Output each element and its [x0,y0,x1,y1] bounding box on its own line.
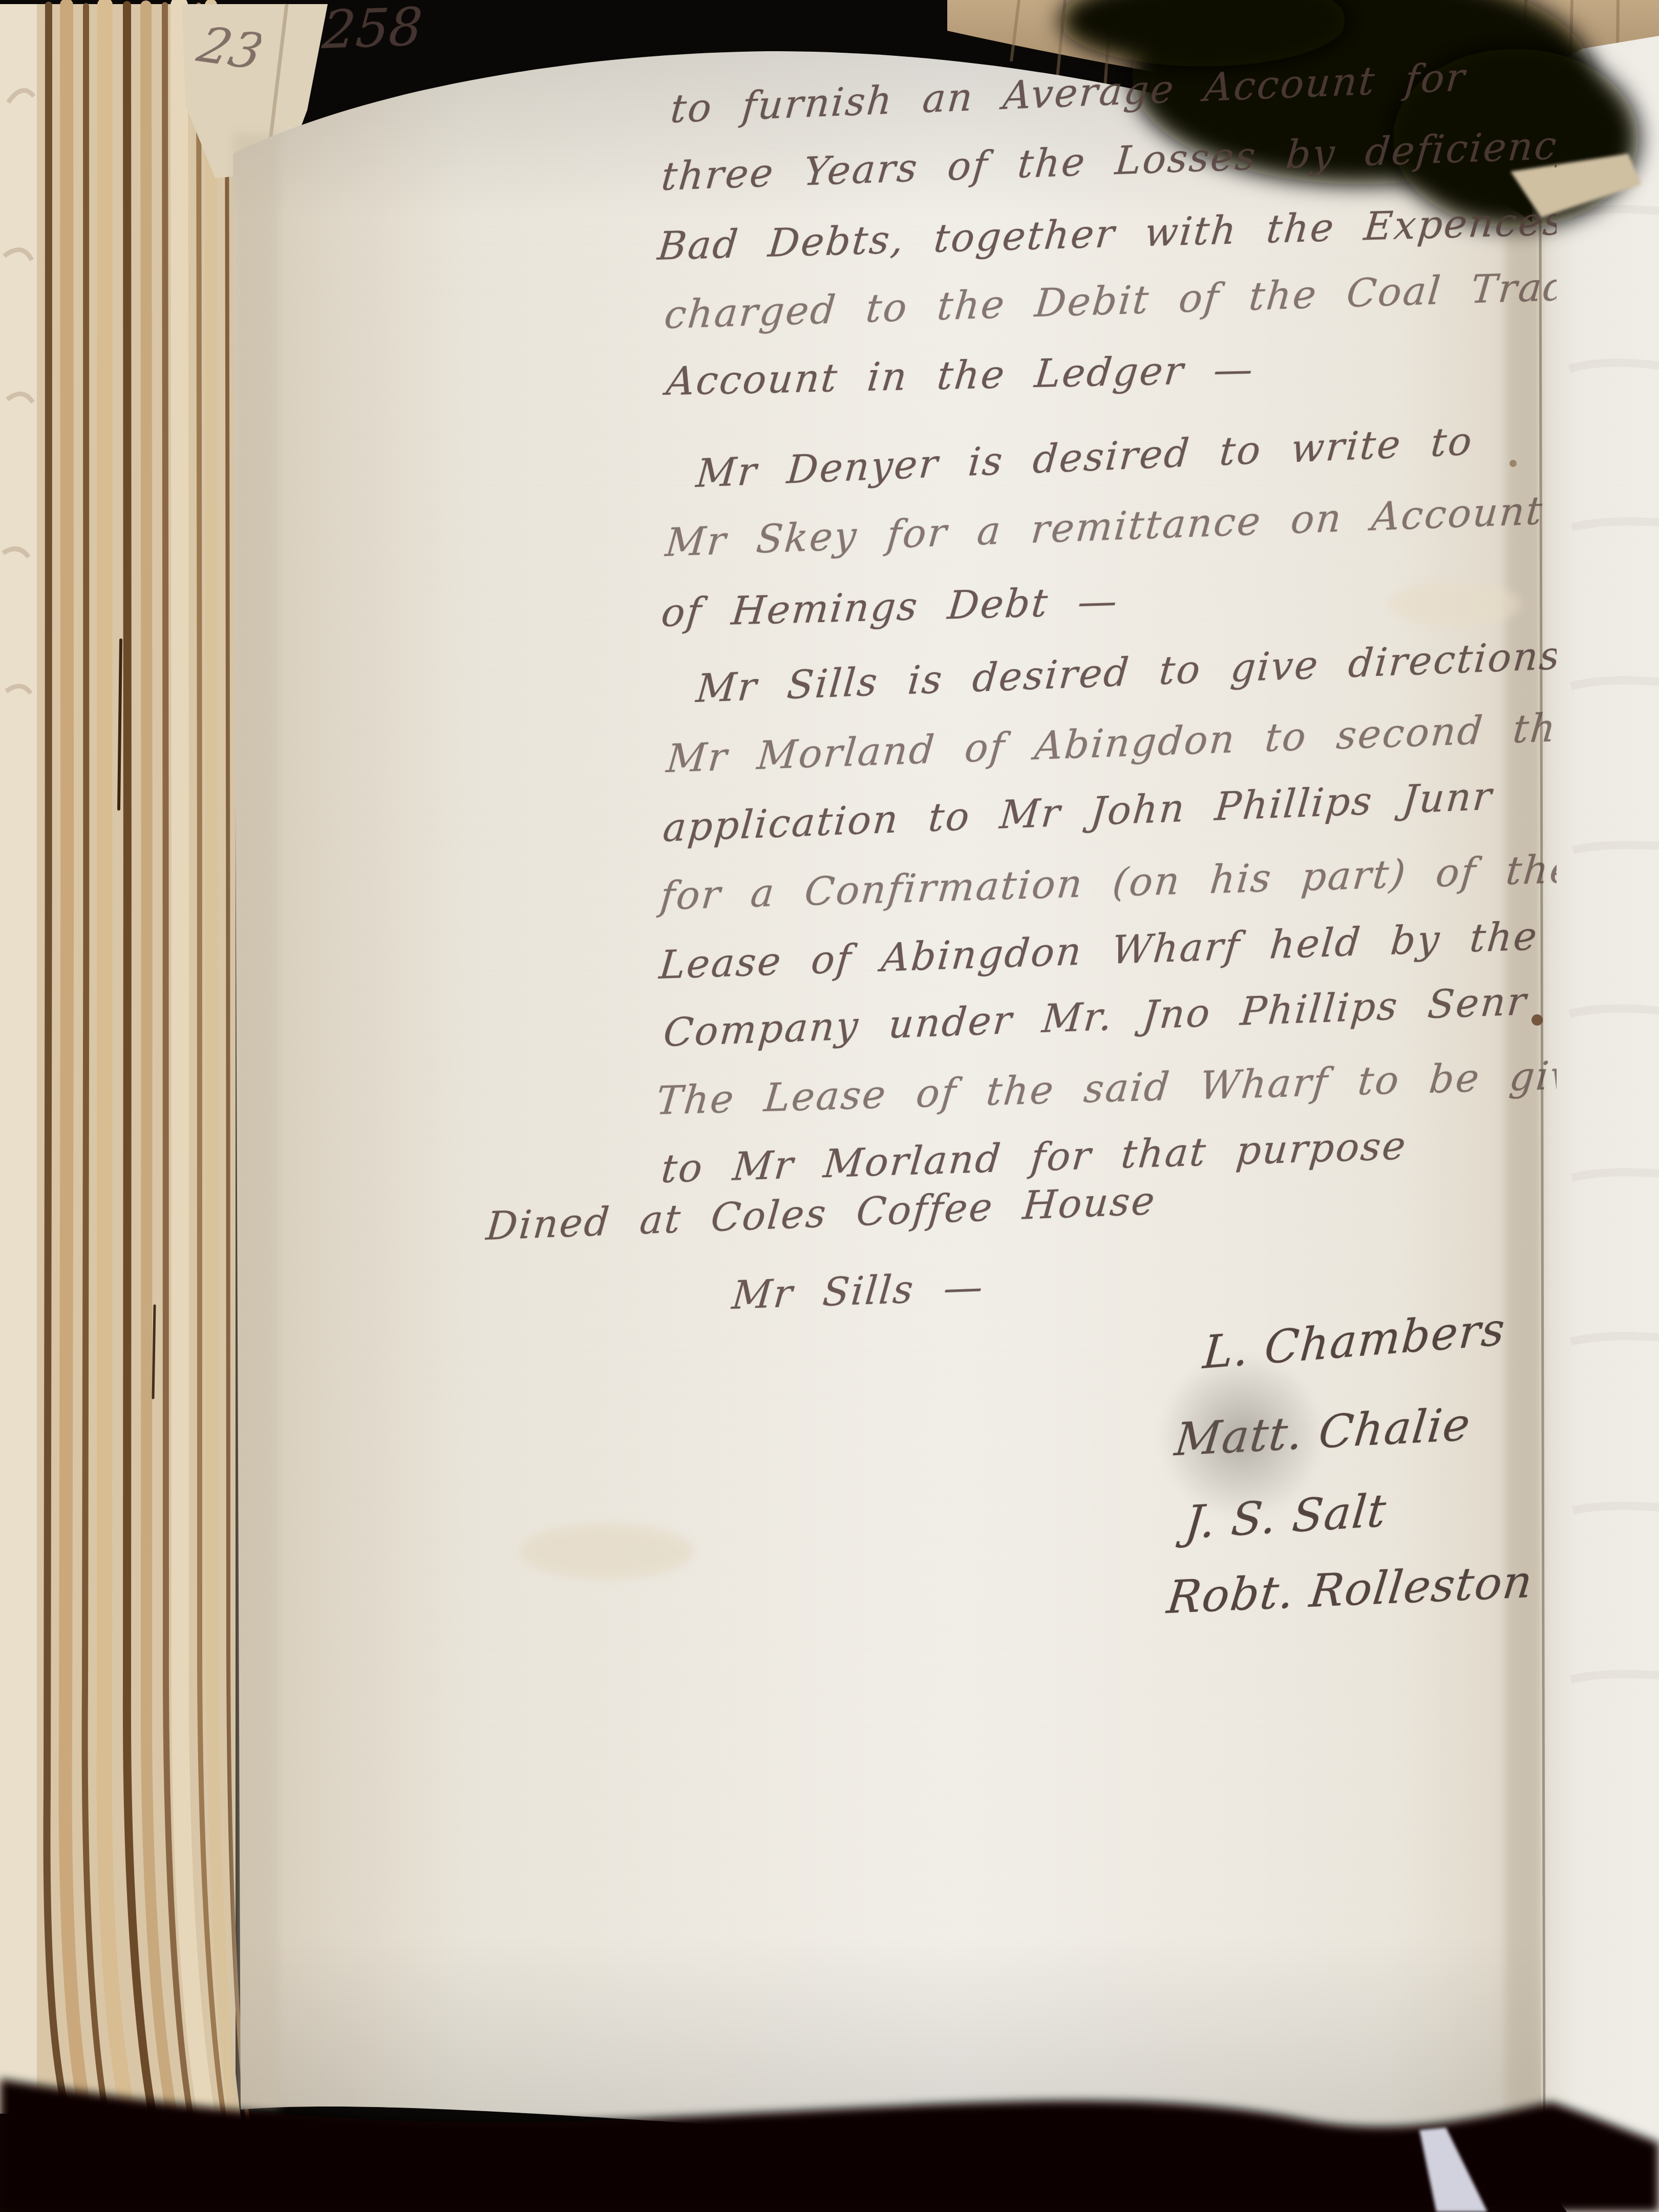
manuscript-line: charged to the Debit of the Coal Trade [663,263,1557,337]
handwriting-layer: to furnish an Average Account for three … [220,31,1557,2176]
attendee-line: Mr Sills — [730,1264,986,1318]
manuscript-line: Mr Denyer is desired to write to [694,418,1475,496]
manuscript-line: of Hemings Debt — [660,578,1121,636]
manuscript-line: Mr Morland of Abingdon to second the [665,704,1557,781]
manuscript-line: Bad Debts, together with the Expences [656,198,1557,269]
dined-line: Dined at Coles Coffee House [484,1178,1158,1249]
manuscript-line: Mr Sills is desired to give directions t… [694,630,1557,712]
manuscript-line: Company under Mr. Jno Phillips Senr [662,978,1529,1055]
manuscript-photo: 23 258 to furnish an Average Account for… [0,0,1659,2212]
manuscript-line: The Lease of the said Wharf to be given [654,1051,1557,1123]
manuscript-line: Account in the Ledger — [664,346,1256,404]
manuscript-line: to furnish an Average Account for [669,54,1467,132]
signature: Robt. Rolleston [1164,1555,1536,1624]
manuscript-line: application to Mr John Phillips Junr [661,773,1495,851]
previous-page-sliver [0,4,37,2114]
manuscript-line: Mr Skey for a remittance on Account [664,487,1545,565]
manuscript-line: Lease of Abingdon Wharf held by the [657,913,1540,988]
manuscript-line: three Years of the Losses by deficiency, [660,121,1557,200]
manuscript-line: for a Confirmation (on his part) of the [658,846,1557,919]
manuscript-line: to Mr Morland for that purpose [660,1122,1409,1192]
